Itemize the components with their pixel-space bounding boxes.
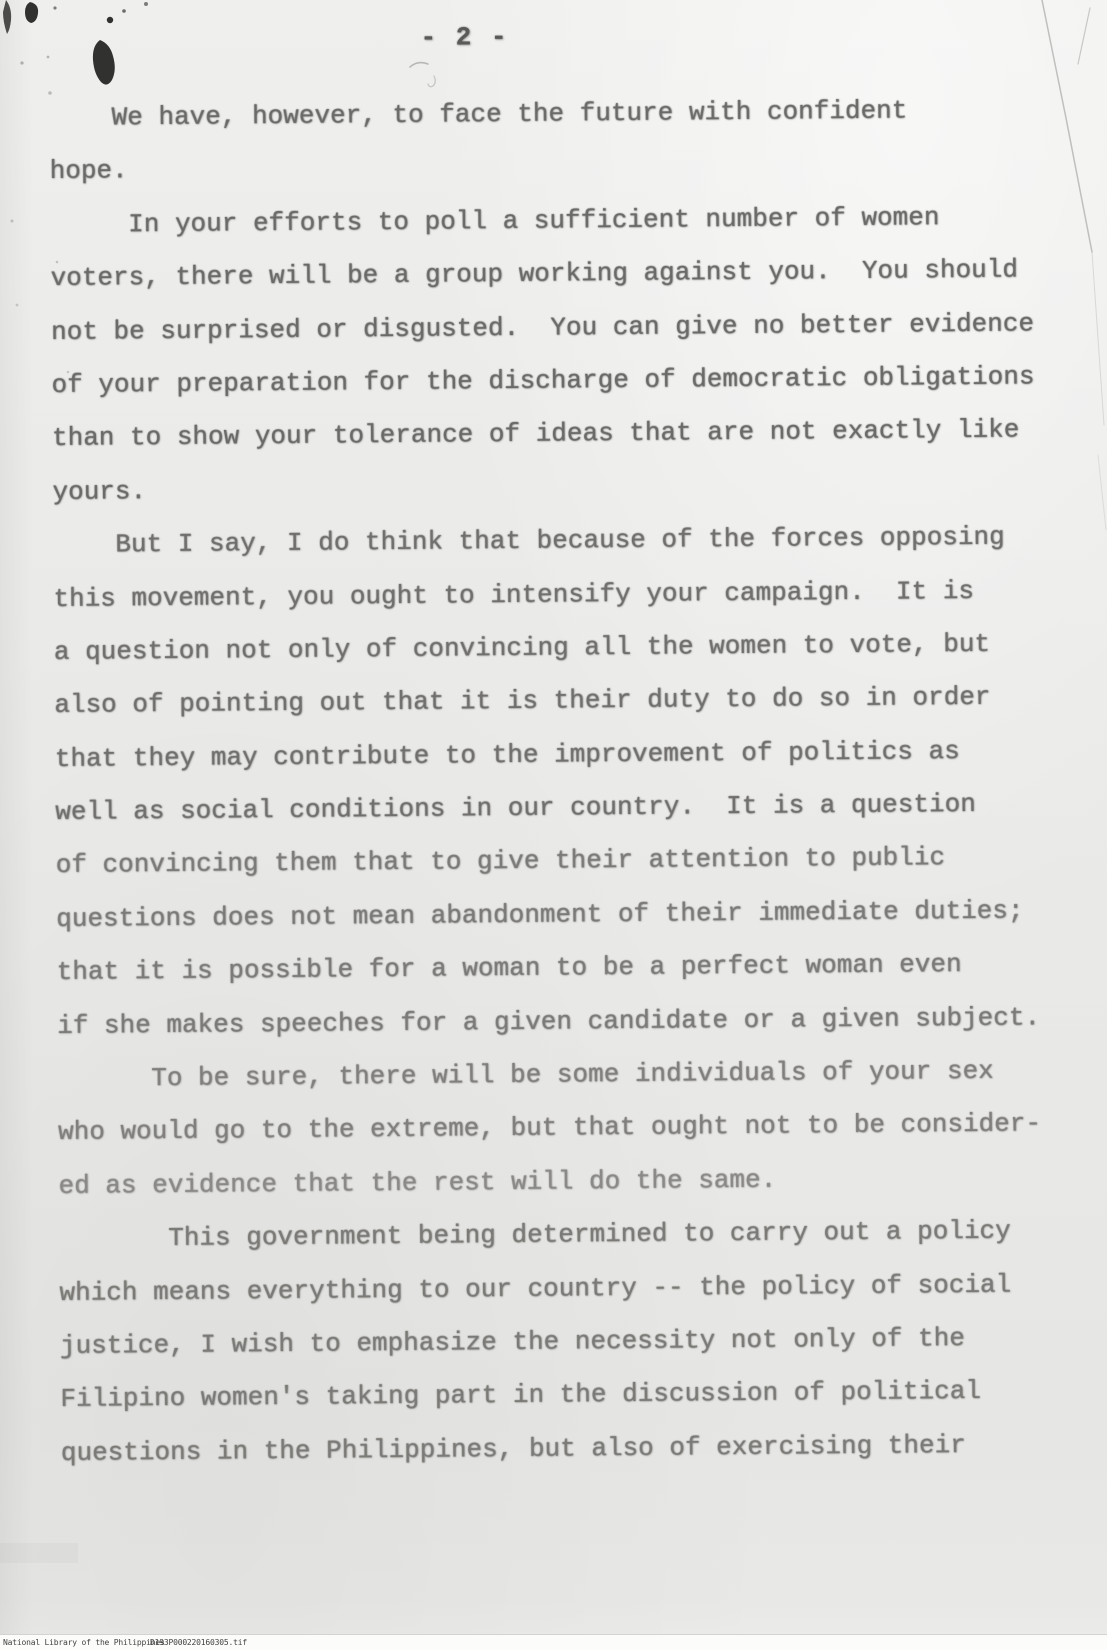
typewritten-line: Filipino women's taking part in the disc… (60, 1376, 1070, 1438)
typewritten-line: a question not only of convincing all th… (54, 628, 1064, 690)
typewritten-line: hope. (50, 148, 1060, 210)
typewritten-line: of your preparation for the discharge of… (51, 361, 1061, 423)
footer-library-label: National Library of the Philippines (3, 1638, 165, 1648)
typewritten-line: questions does not mean abandonment of t… (56, 895, 1066, 957)
typewritten-body: We have, however, to face the future wit… (49, 94, 1071, 1491)
typewritten-line: In your efforts to poll a sufficient num… (50, 201, 1060, 263)
typewritten-line: if she makes speeches for a given candid… (57, 1002, 1067, 1064)
typewritten-line: justice, I wish to emphasize the necessi… (60, 1322, 1070, 1384)
typewritten-line: yours. (52, 468, 1062, 530)
typewritten-line: who would go to the extreme, but that ou… (58, 1109, 1068, 1171)
typewritten-line: To be sure, there will be some individua… (57, 1055, 1067, 1117)
typewritten-line: This government being determined to carr… (59, 1215, 1069, 1277)
typewritten-line: ed as evidence that the rest will do the… (58, 1162, 1068, 1224)
typewritten-line: that they may contribute to the improvem… (55, 735, 1065, 797)
typewritten-line: not be surprised or disgusted. You can g… (51, 308, 1061, 370)
watermark-bar: National Library of the Philippines D193… (0, 1634, 1107, 1650)
typewritten-line: of convincing them that to give their at… (56, 842, 1066, 904)
typewritten-line: questions in the Philippines, but also o… (61, 1429, 1071, 1491)
page-number: - 2 - (48, 19, 880, 56)
typewritten-line: that it is possible for a woman to be a … (57, 948, 1067, 1010)
footer-filename: D193P000220160305.tif (150, 1638, 247, 1648)
typewritten-line: well as social conditions in our country… (55, 788, 1065, 850)
typewritten-line: But I say, I do think that because of th… (53, 521, 1063, 583)
typewritten-line: also of pointing out that it is their du… (54, 681, 1064, 743)
typewritten-line: this movement, you ought to intensify yo… (53, 575, 1063, 637)
typewritten-line: We have, however, to face the future wit… (49, 94, 1059, 156)
typewritten-line: voters, there will be a group working ag… (50, 254, 1060, 316)
document-text: - 2 - We have, however, to face the futu… (48, 0, 1072, 1560)
typewritten-line: which means everything to our country --… (59, 1269, 1069, 1331)
typewritten-line: than to show your tolerance of ideas tha… (52, 415, 1062, 477)
